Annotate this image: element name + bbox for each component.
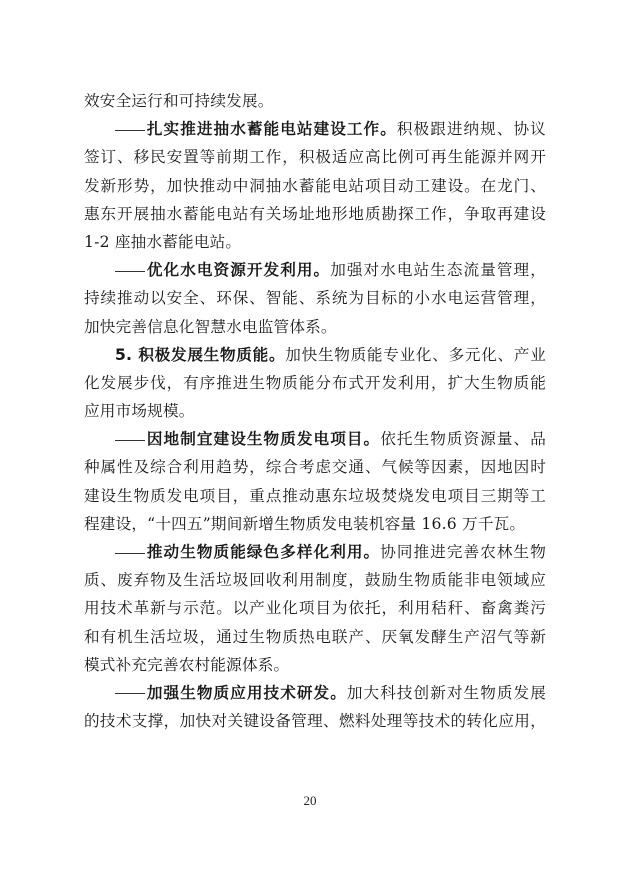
text-line: 惠东开展抽水蓄能电站有关场址地形地质勘探工作，争取再建设 [84, 200, 546, 228]
line-text: 建设生物质发电项目，重点推动惠东垃圾焚烧发电项目三期等工 [84, 487, 546, 505]
text-line: 效安全运行和可持续发展。 [84, 87, 546, 115]
em-dash [115, 130, 145, 131]
section-heading-biomass-rnd: 加强生物质应用技术研发。加大科技创新对生物质发展 [84, 679, 546, 707]
bold-heading: 扎实推进抽水蓄能电站建设工作。 [146, 120, 397, 138]
section-heading-pumped-storage: 扎实推进抽水蓄能电站建设工作。积极跟进纳规、协议 [84, 115, 546, 143]
line-text: 协同推进完善农林生物 [380, 543, 546, 561]
section-heading-biomass-power: 因地制宜建设生物质发电项目。依托生物质资源量、品 [84, 425, 546, 453]
em-dash [115, 440, 145, 441]
text-line: 种属性及综合利用趋势，综合考虑交通、气候等因素，因地因时 [84, 453, 546, 481]
line-text: 用技术革新与示范。以产业化项目为依托，利用秸秆、畜禽粪污 [84, 599, 546, 617]
line-text: 应用市场规模。 [84, 402, 195, 420]
document-page: 效安全运行和可持续发展。 扎实推进抽水蓄能电站建设工作。积极跟进纳规、协议 签订… [84, 87, 546, 735]
line-text: 种属性及综合利用趋势，综合考虑交通、气候等因素，因地因时 [84, 458, 546, 476]
line-text: 积极跟进纳规、协议 [397, 120, 546, 138]
text-line: 的技术支撑，加快对关键设备管理、燃料处理等技术的转化应用， [84, 707, 546, 735]
section-heading-biomass-diversified: 推动生物质能绿色多样化利用。协同推进完善农林生物 [84, 538, 546, 566]
text-line: 签订、移民安置等前期工作，积极适应高比例可再生能源并网开 [84, 143, 546, 171]
text-line: 用技术革新与示范。以产业化项目为依托，利用秸秆、畜禽粪污 [84, 594, 546, 622]
em-dash [115, 693, 145, 694]
text-line: 建设生物质发电项目，重点推动惠东垃圾焚烧发电项目三期等工 [84, 482, 546, 510]
text-line: 发新形势，加快推动中洞抽水蓄能电站项目动工建设。在龙门、 [84, 172, 546, 200]
line-text: 加大科技创新对生物质发展 [347, 684, 546, 702]
line-text: 加强对水电站生态流量管理， [330, 261, 546, 279]
line-text: 效安全运行和可持续发展。 [84, 92, 274, 110]
bold-heading: 优化水电资源开发利用。 [146, 261, 330, 279]
em-dash [115, 553, 145, 554]
em-dash [115, 271, 145, 272]
text-line: 加快完善信息化智慧水电监管体系。 [84, 313, 546, 341]
text-line: 和有机生活垃圾，通过生物质热电联产、厌氧发酵生产沼气等新 [84, 623, 546, 651]
line-text: 的技术支撑，加快对关键设备管理、燃料处理等技术的转化应用， [84, 712, 546, 730]
line-text: 化发展步伐，有序推进生物质能分布式开发利用，扩大生物质能 [84, 374, 546, 392]
section-heading-hydropower: 优化水电资源开发利用。加强对水电站生态流量管理， [84, 256, 546, 284]
line-text: 模式补充完善农村能源体系。 [84, 656, 289, 674]
line-text: 加快生物质能专业化、多元化、产业 [285, 346, 546, 364]
line-text: 质、废弃物及生活垃圾回收利用制度，鼓励生物质能非电领域应 [84, 571, 546, 589]
text-line: 质、废弃物及生活垃圾回收利用制度，鼓励生物质能非电领域应 [84, 566, 546, 594]
text-line: 持续推动以安全、环保、智能、系统为目标的小水电运营管理， [84, 284, 546, 312]
line-text: 1-2 座抽水蓄能电站。 [84, 233, 241, 251]
text-line: 模式补充完善农村能源体系。 [84, 651, 546, 679]
bold-heading: 推动生物质能绿色多样化利用。 [146, 543, 380, 561]
line-text: 签订、移民安置等前期工作，积极适应高比例可再生能源并网开 [84, 148, 546, 166]
line-text: 程建设，“十四五”期间新增生物质发电装机容量 16.6 万千瓦。 [84, 515, 525, 533]
line-text: 发新形势，加快推动中洞抽水蓄能电站项目动工建设。在龙门、 [84, 177, 546, 195]
bold-heading: 因地制宜建设生物质发电项目。 [146, 430, 380, 448]
line-text: 和有机生活垃圾，通过生物质热电联产、厌氧发酵生产沼气等新 [84, 628, 546, 646]
line-text: 依托生物质资源量、品 [380, 430, 546, 448]
text-line: 化发展步伐，有序推进生物质能分布式开发利用，扩大生物质能 [84, 369, 546, 397]
bold-heading: 加强生物质应用技术研发。 [146, 684, 347, 702]
text-line: 程建设，“十四五”期间新增生物质发电装机容量 16.6 万千瓦。 [84, 510, 546, 538]
bold-heading: 5. 积极发展生物质能。 [115, 346, 285, 364]
text-line: 应用市场规模。 [84, 397, 546, 425]
line-text: 惠东开展抽水蓄能电站有关场址地形地质勘探工作，争取再建设 [84, 205, 546, 223]
line-text: 持续推动以安全、环保、智能、系统为目标的小水电运营管理， [84, 289, 546, 307]
line-text: 加快完善信息化智慧水电监管体系。 [84, 318, 337, 336]
section-heading-biomass: 5. 积极发展生物质能。加快生物质能专业化、多元化、产业 [84, 341, 546, 369]
page-number: 20 [0, 793, 620, 809]
text-line: 1-2 座抽水蓄能电站。 [84, 228, 546, 256]
